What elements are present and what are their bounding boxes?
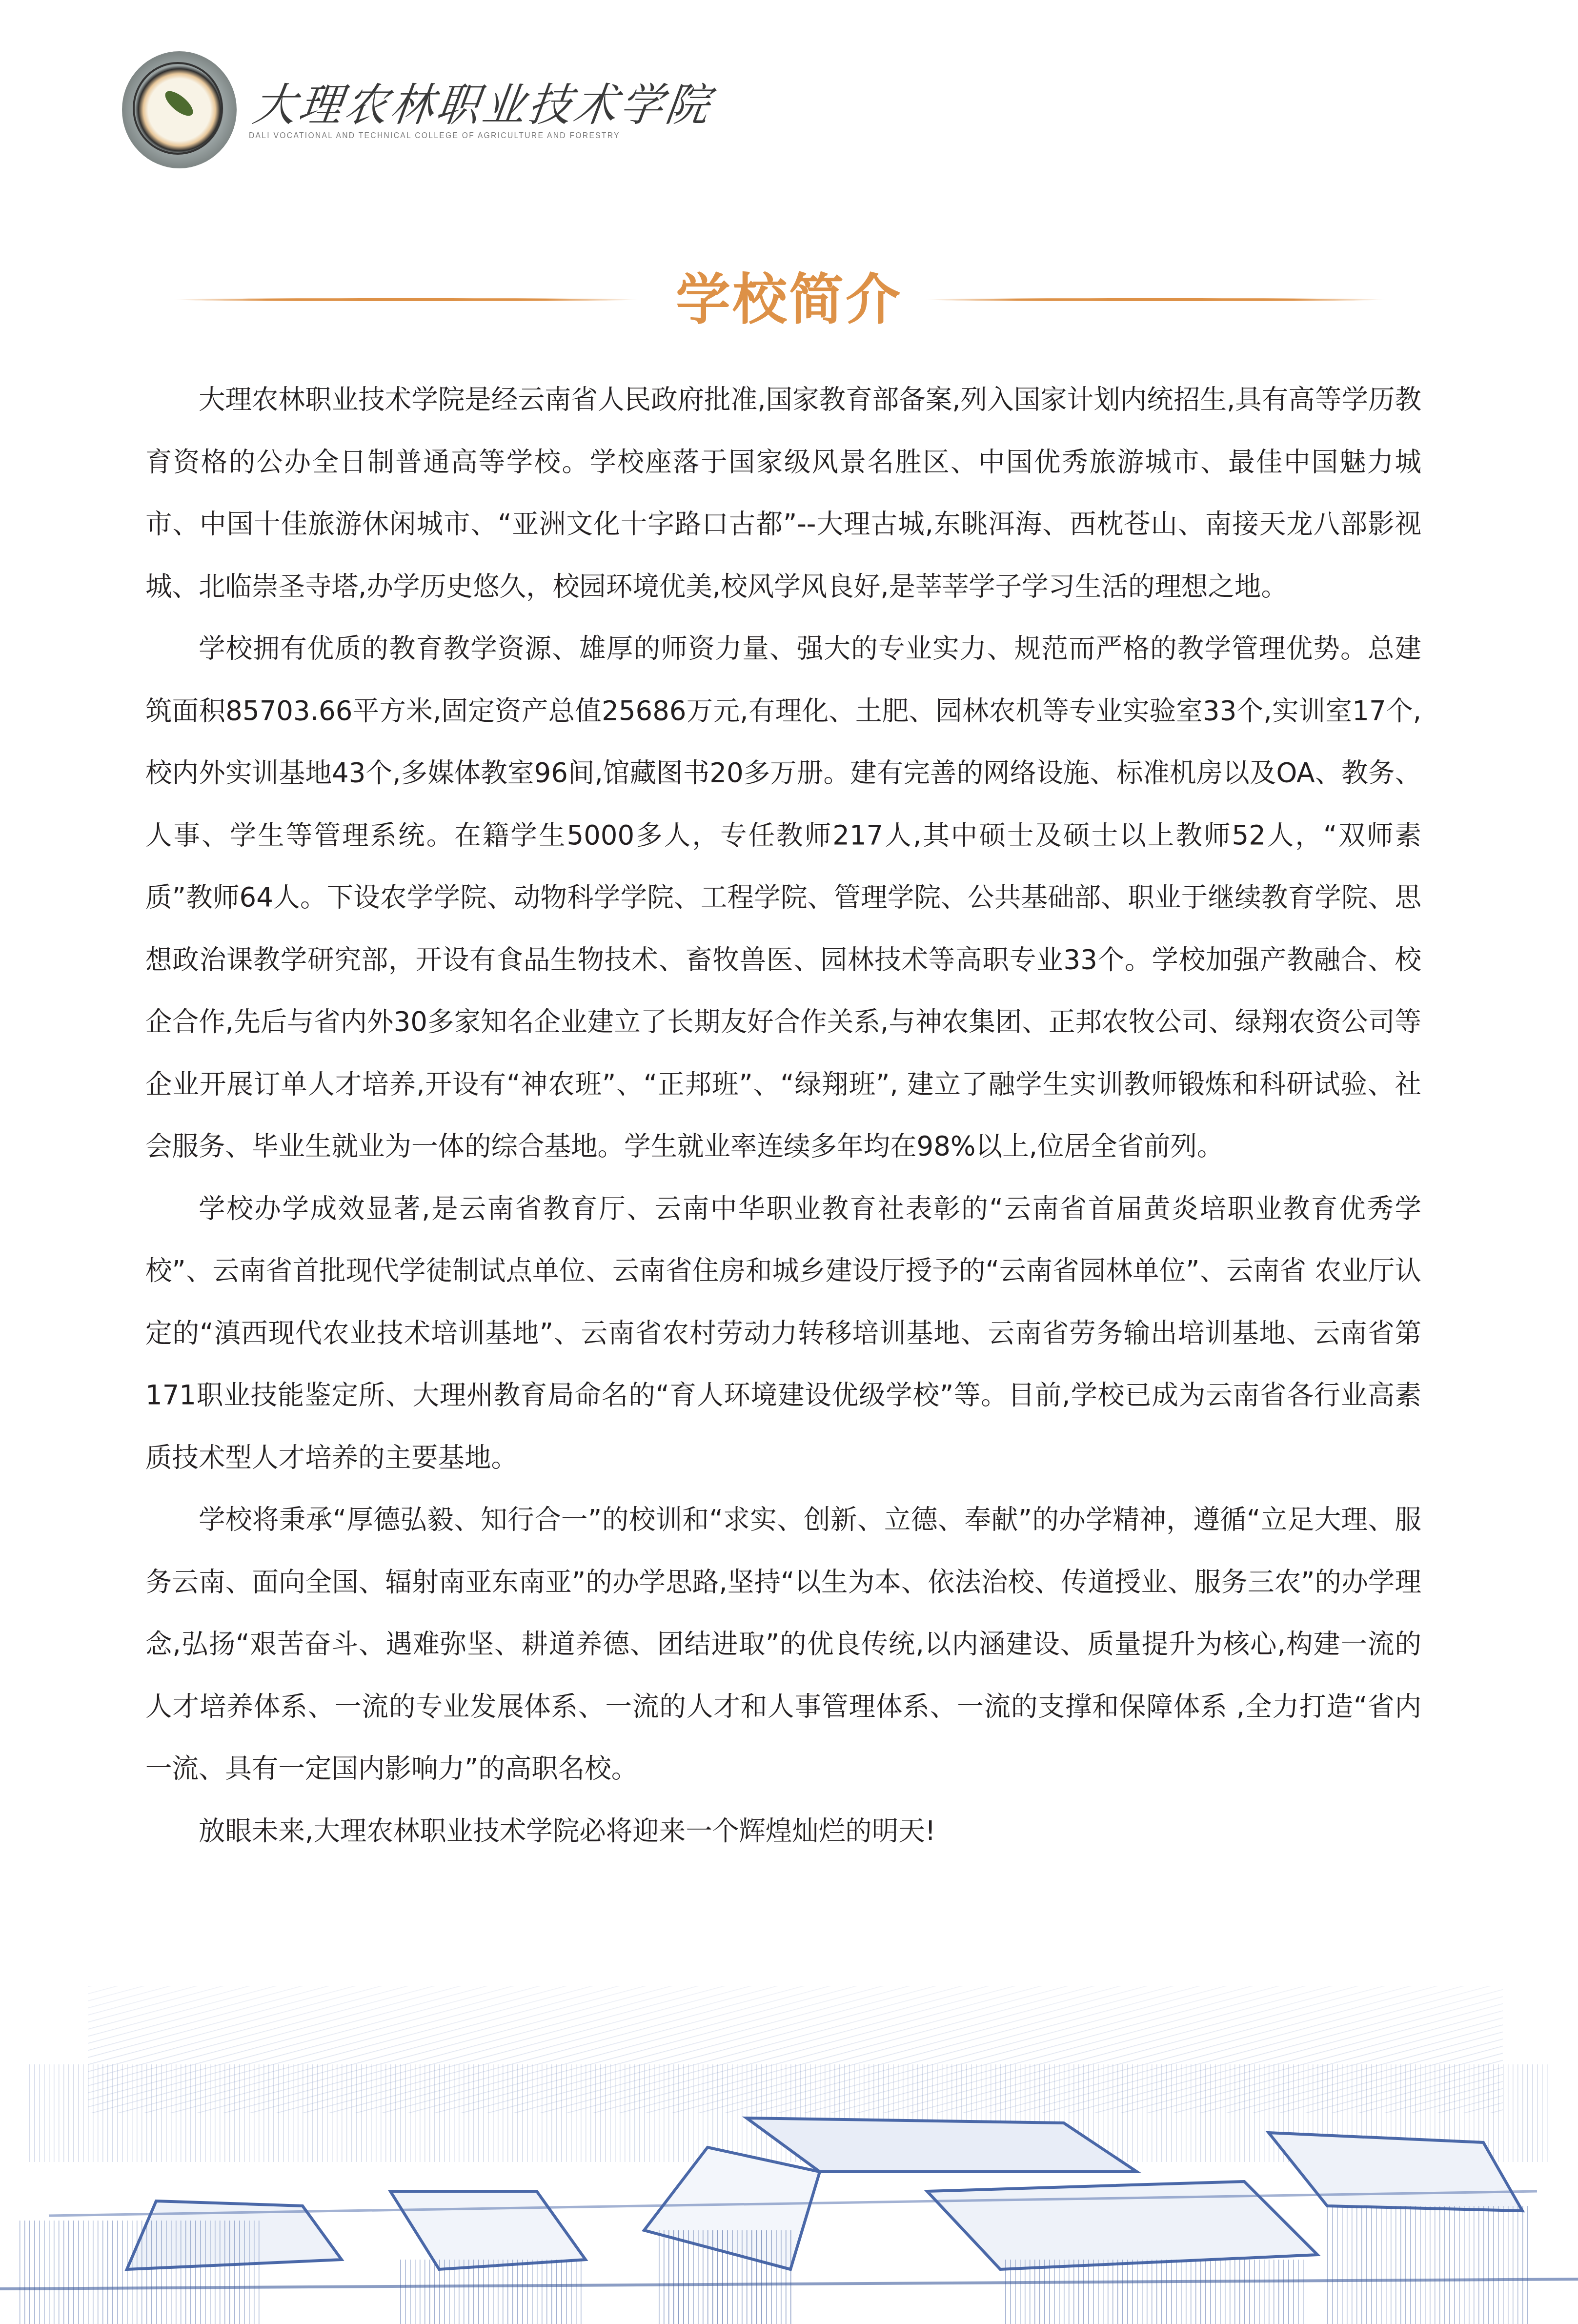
paragraph-outlook: 放眼未来,大理农林职业技术学院必将迎来一个辉煌灿烂的明天!: [145, 1800, 1421, 1862]
header: 大理农林职业技术学院 DALI VOCATIONAL AND TECHNICAL…: [122, 51, 805, 173]
logo-name-cn: 大理农林职业技术学院: [249, 69, 717, 134]
paragraph-resources: 学校拥有优质的教育教学资源、雄厚的师资力量、强大的专业实力、规范而严格的教学管理…: [145, 617, 1421, 1178]
paragraph-achievements: 学校办学成效显著,是云南省教育厅、云南中华职业教育社表彰的“云南省首届黄炎培职业…: [145, 1178, 1421, 1489]
rooftop-sketch-illustration: [0, 1918, 1578, 2324]
college-emblem-icon: [122, 51, 237, 168]
logo-name-en: DALI VOCATIONAL AND TECHNICAL COLLEGE OF…: [249, 131, 620, 141]
page-title: 学校简介: [0, 266, 1578, 334]
paragraph-intro: 大理农林职业技术学院是经云南省人民政府批准,国家教育部备案,列入国家计划内统招生…: [145, 368, 1421, 617]
section-title-row: 学校简介: [0, 266, 1578, 334]
rooftop-sketch-icon: [0, 1918, 1578, 2324]
body-text: 大理农林职业技术学院是经云南省人民政府批准,国家教育部备案,列入国家计划内统招生…: [145, 368, 1421, 1862]
paragraph-philosophy: 学校将秉承“厚德弘毅、知行合一”的校训和“求实、创新、立德、奉献”的办学精神，遵…: [145, 1488, 1421, 1800]
